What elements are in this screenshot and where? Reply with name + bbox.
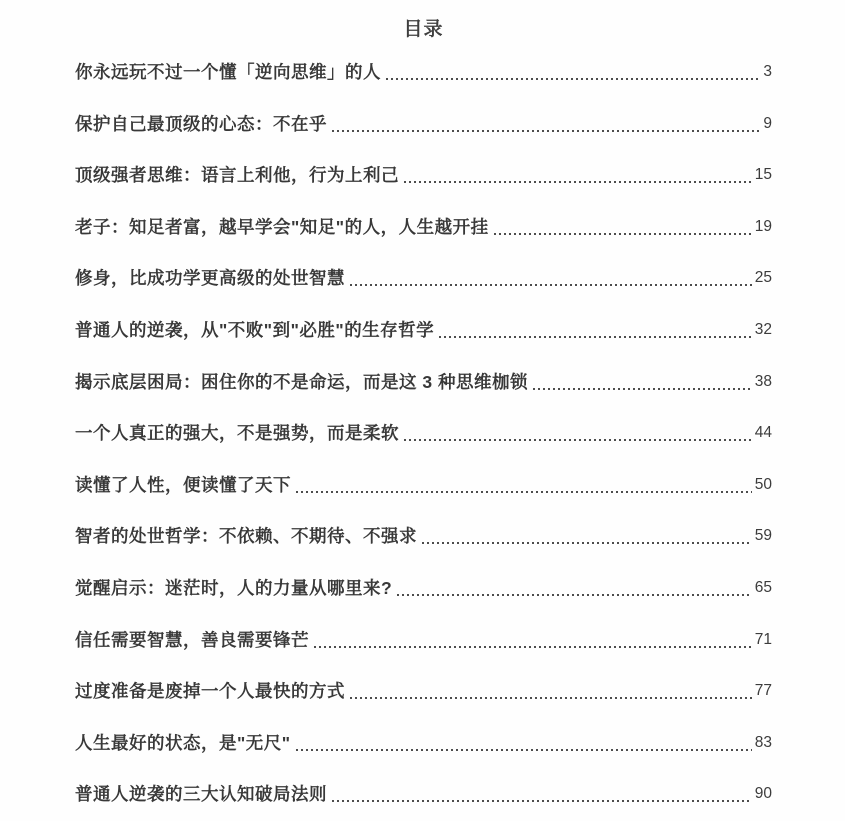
toc-entry-title: 保护自己最顶级的心态：不在乎 <box>75 112 327 136</box>
toc-entry-page: 65 <box>755 576 772 600</box>
toc-entry-title: 信任需要智慧，善良需要锋芒 <box>75 628 309 652</box>
dot-leader <box>332 800 752 802</box>
toc-entry-title: 读懂了人性，便读懂了天下 <box>75 473 291 497</box>
toc-entry-title: 揭示底层困局：困住你的不是命运，而是这 3 种思维枷锁 <box>75 370 528 394</box>
toc-entry-title: 智者的处世哲学：不依赖、不期待、不强求 <box>75 524 417 548</box>
toc-entry-page: 25 <box>755 266 772 290</box>
dot-leader <box>296 491 752 493</box>
toc-entry[interactable]: 读懂了人性，便读懂了天下 50 <box>75 473 772 497</box>
toc-entry-title: 修身，比成功学更高级的处世智慧 <box>75 266 345 290</box>
dot-leader <box>397 594 752 596</box>
toc-entry-title: 一个人真正的强大，不是强势，而是柔软 <box>75 421 399 445</box>
toc-entry-title: 普通人逆袭的三大认知破局法则 <box>75 782 327 806</box>
toc-entry-page: 77 <box>755 679 772 703</box>
dot-leader <box>296 749 752 751</box>
toc-entry-page: 3 <box>763 60 772 84</box>
toc-entry-title: 你永远玩不过一个懂「逆向思维」的人 <box>75 60 381 84</box>
toc-entry-title: 普通人的逆袭，从"不败"到"必胜"的生存哲学 <box>75 318 434 342</box>
toc-entry-page: 71 <box>755 628 772 652</box>
toc-entry[interactable]: 老子：知足者富，越早学会"知足"的人，人生越开挂 19 <box>75 215 772 239</box>
toc-entry-page: 59 <box>755 524 772 548</box>
toc-entry[interactable]: 修身，比成功学更高级的处世智慧 25 <box>75 266 772 290</box>
toc-entry[interactable]: 信任需要智慧，善良需要锋芒 71 <box>75 628 772 652</box>
toc-entry-title: 人生最好的状态，是"无尺" <box>75 731 291 755</box>
toc-entry-page: 38 <box>755 370 772 394</box>
dot-leader <box>404 439 752 441</box>
dot-leader <box>350 284 752 286</box>
toc-entry-page: 50 <box>755 473 772 497</box>
dot-leader <box>533 388 752 390</box>
toc-entry[interactable]: 保护自己最顶级的心态：不在乎 9 <box>75 112 772 136</box>
dot-leader <box>439 336 752 338</box>
dot-leader <box>404 181 752 183</box>
toc-entry-page: 83 <box>755 731 772 755</box>
toc-entry-title: 老子：知足者富，越早学会"知足"的人，人生越开挂 <box>75 215 489 239</box>
toc-entry[interactable]: 一个人真正的强大，不是强势，而是柔软 44 <box>75 421 772 445</box>
toc-entry[interactable]: 人生最好的状态，是"无尺" 83 <box>75 731 772 755</box>
toc-entry[interactable]: 过度准备是废掉一个人最快的方式 77 <box>75 679 772 703</box>
toc-entry[interactable]: 普通人逆袭的三大认知破局法则 90 <box>75 782 772 806</box>
toc-entry[interactable]: 智者的处世哲学：不依赖、不期待、不强求 59 <box>75 524 772 548</box>
dot-leader <box>422 542 752 544</box>
toc-entry-page: 90 <box>755 782 772 806</box>
dot-leader <box>494 233 752 235</box>
dot-leader <box>314 646 752 648</box>
dot-leader <box>386 78 760 80</box>
toc-entry-page: 9 <box>763 112 772 136</box>
dot-leader <box>350 697 752 699</box>
toc-entry-page: 15 <box>755 163 772 187</box>
toc-entry[interactable]: 顶级强者思维：语言上利他，行为上利己 15 <box>75 163 772 187</box>
toc-list: 你永远玩不过一个懂「逆向思维」的人 3 保护自己最顶级的心态：不在乎 9 顶级强… <box>75 60 772 806</box>
dot-leader <box>332 130 760 132</box>
toc-entry[interactable]: 你永远玩不过一个懂「逆向思维」的人 3 <box>75 60 772 84</box>
toc-entry-title: 觉醒启示：迷茫时，人的力量从哪里来? <box>75 576 392 600</box>
toc-entry-page: 32 <box>755 318 772 342</box>
toc-entry[interactable]: 普通人的逆袭，从"不败"到"必胜"的生存哲学 32 <box>75 318 772 342</box>
page-title: 目录 <box>75 18 772 42</box>
toc-entry[interactable]: 揭示底层困局：困住你的不是命运，而是这 3 种思维枷锁 38 <box>75 370 772 394</box>
toc-entry-page: 19 <box>755 215 772 239</box>
document-page: 目录 你永远玩不过一个懂「逆向思维」的人 3 保护自己最顶级的心态：不在乎 9 … <box>0 0 845 821</box>
toc-entry-page: 44 <box>755 421 772 445</box>
toc-entry-title: 顶级强者思维：语言上利他，行为上利己 <box>75 163 399 187</box>
toc-entry[interactable]: 觉醒启示：迷茫时，人的力量从哪里来? 65 <box>75 576 772 600</box>
toc-entry-title: 过度准备是废掉一个人最快的方式 <box>75 679 345 703</box>
